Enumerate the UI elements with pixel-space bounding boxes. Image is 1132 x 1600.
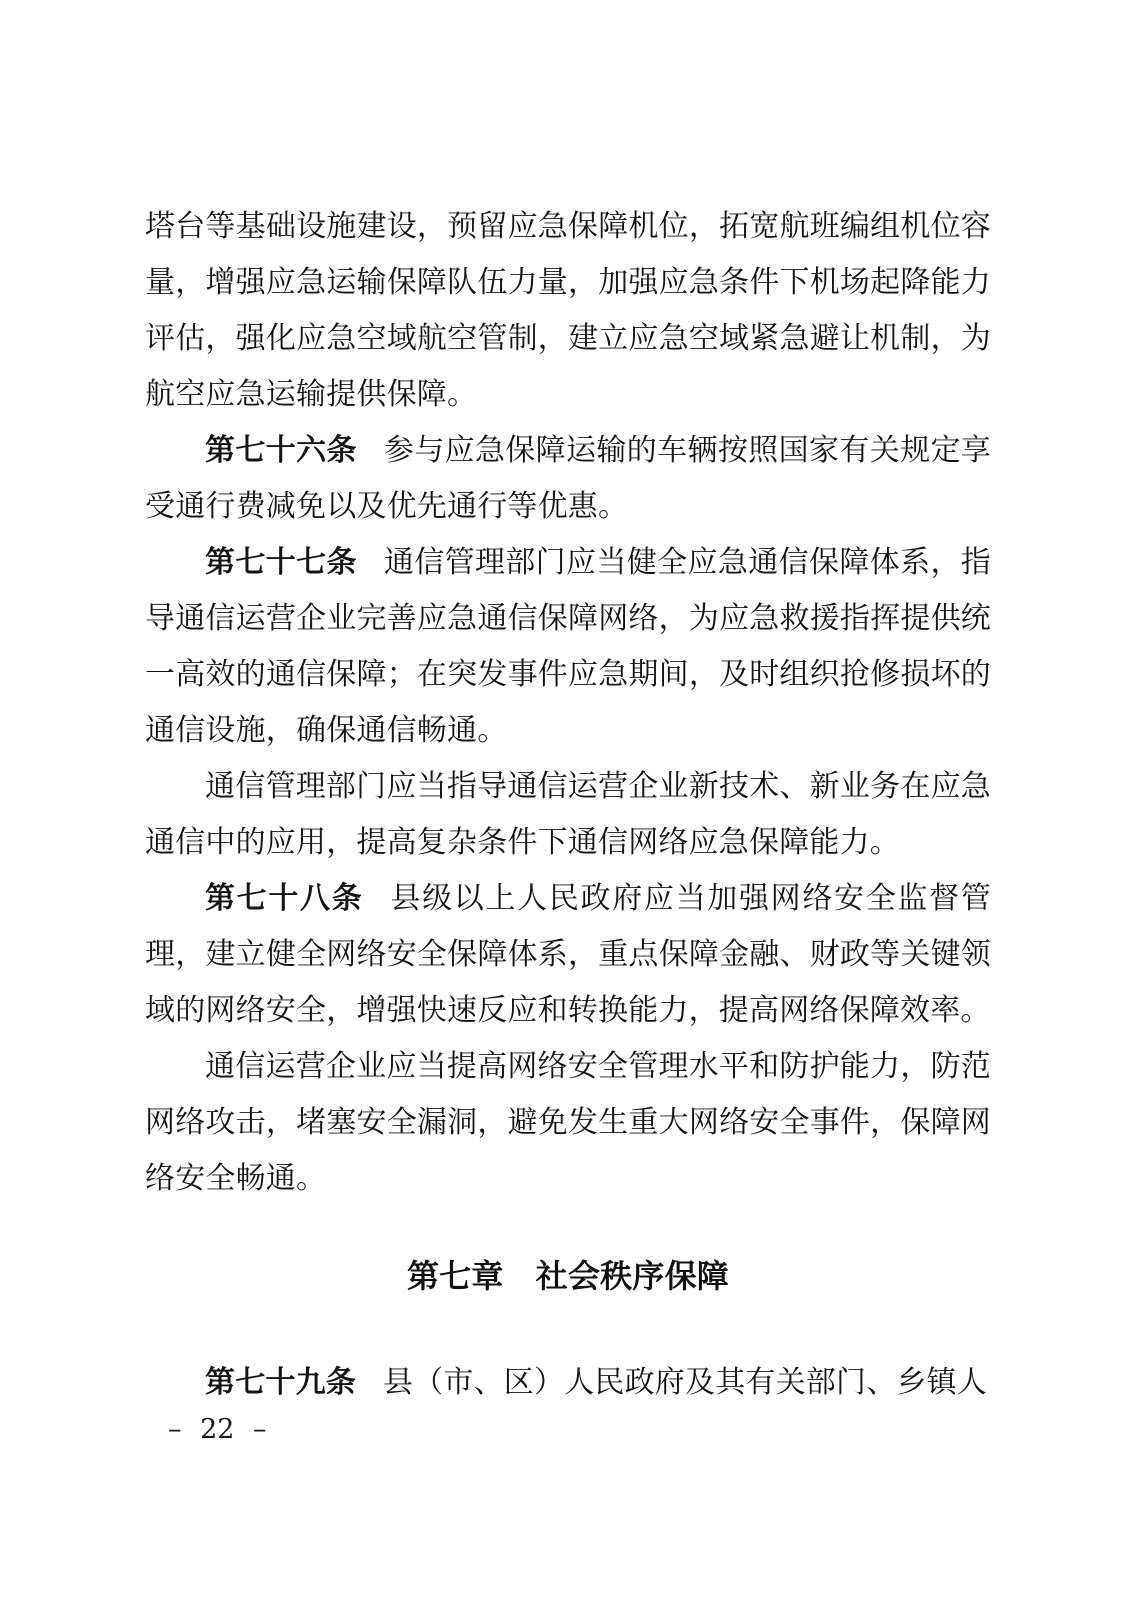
paragraph: 第七十八条县级以上人民政府应当加强网络安全监督管理，建立健全网络安全保障体系，重… [145, 871, 991, 1039]
page-number: – 22 – [168, 1414, 267, 1446]
paragraph: 第七十六条参与应急保障运输的车辆按照国家有关规定享受通行费减免以及优先通行等优惠… [145, 423, 991, 535]
document-body: 塔台等基础设施建设，预留应急保障机位，拓宽航班编组机位容量，增强应急运输保障队伍… [145, 199, 991, 1411]
chapter-heading: 第七章 社会秩序保障 [145, 1248, 991, 1304]
article-number: 第七十八条 [205, 882, 363, 915]
paragraph: 第七十七条通信管理部门应当健全应急通信保障体系，指导通信运营企业完善应急通信保障… [145, 535, 991, 759]
paragraph: 通信运营企业应当提高网络安全管理水平和防护能力，防范网络攻击，堵塞安全漏洞，避免… [145, 1039, 991, 1207]
article-number: 第七十六条 [205, 434, 357, 467]
paragraph-text: 通信运营企业应当提高网络安全管理水平和防护能力，防范网络攻击，堵塞安全漏洞，避免… [145, 1050, 991, 1195]
paragraph: 第七十九条县（市、区）人民政府及其有关部门、乡镇人 [145, 1355, 991, 1411]
paragraph-text: 塔台等基础设施建设，预留应急保障机位，拓宽航班编组机位容量，增强应急运输保障队伍… [145, 210, 991, 411]
paragraph-text: 通信管理部门应当指导通信运营企业新技术、新业务在应急通信中的应用，提高复杂条件下… [145, 770, 991, 859]
article-number: 第七十九条 [205, 1366, 356, 1399]
article-number: 第七十七条 [205, 546, 357, 579]
document-page: 塔台等基础设施建设，预留应急保障机位，拓宽航班编组机位容量，增强应急运输保障队伍… [0, 0, 1132, 1600]
paragraph-text: 县（市、区）人民政府及其有关部门、乡镇人 [383, 1366, 987, 1399]
paragraph: 通信管理部门应当指导通信运营企业新技术、新业务在应急通信中的应用，提高复杂条件下… [145, 759, 991, 871]
paragraph: 塔台等基础设施建设，预留应急保障机位，拓宽航班编组机位容量，增强应急运输保障队伍… [145, 199, 991, 423]
